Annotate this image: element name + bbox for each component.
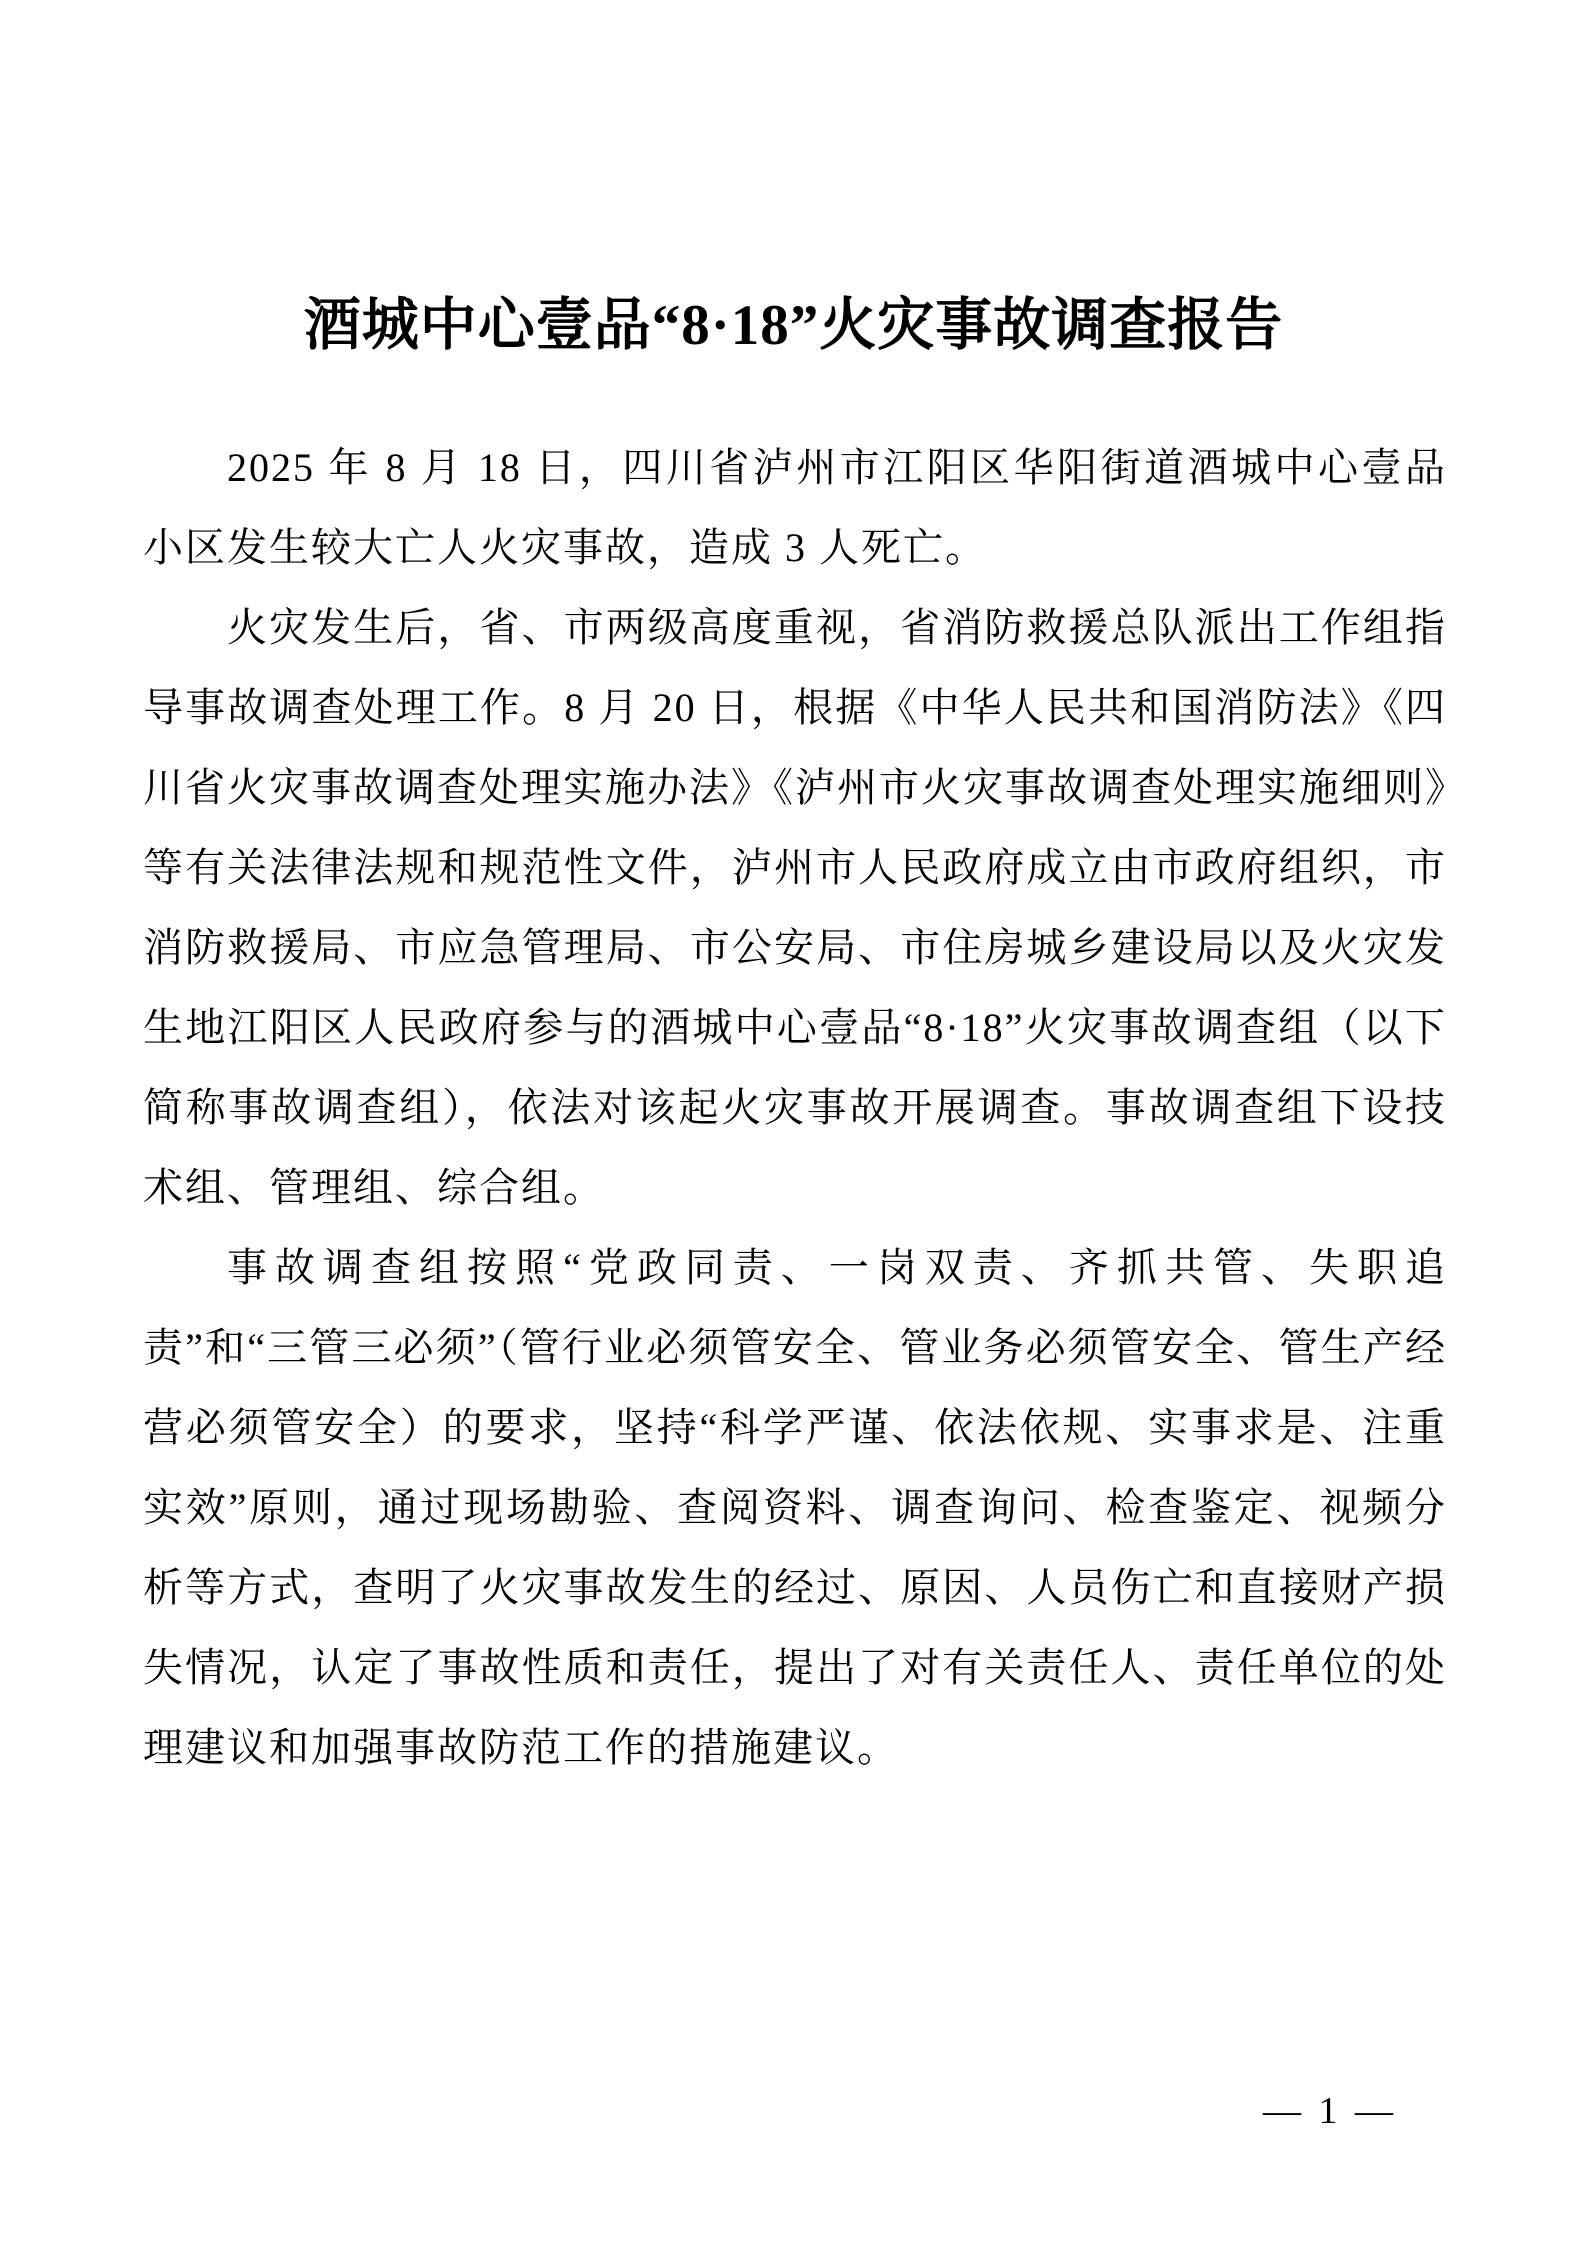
document-page: 酒城中心壹品“8·18”火灾事故调查报告 2025 年 8 月 18 日，四川省… xyxy=(0,0,1587,2245)
paragraph-investigation-setup: 火灾发生后，省、市两级高度重视，省消防救援总队派出工作组指导事故调查处理工作。8… xyxy=(143,588,1447,1228)
paragraph-intro: 2025 年 8 月 18 日，四川省泸州市江阳区华阳街道酒城中心壹品小区发生较… xyxy=(143,428,1447,588)
document-title: 酒城中心壹品“8·18”火灾事故调查报告 xyxy=(0,292,1587,360)
page-number: — 1 — xyxy=(1263,2089,1397,2133)
document-body: 2025 年 8 月 18 日，四川省泸州市江阳区华阳街道酒城中心壹品小区发生较… xyxy=(143,428,1447,1788)
paragraph-investigation-method: 事故调查组按照“党政同责、一岗双责、齐抓共管、失职追责”和“三管三必须”（管行业… xyxy=(143,1228,1447,1788)
